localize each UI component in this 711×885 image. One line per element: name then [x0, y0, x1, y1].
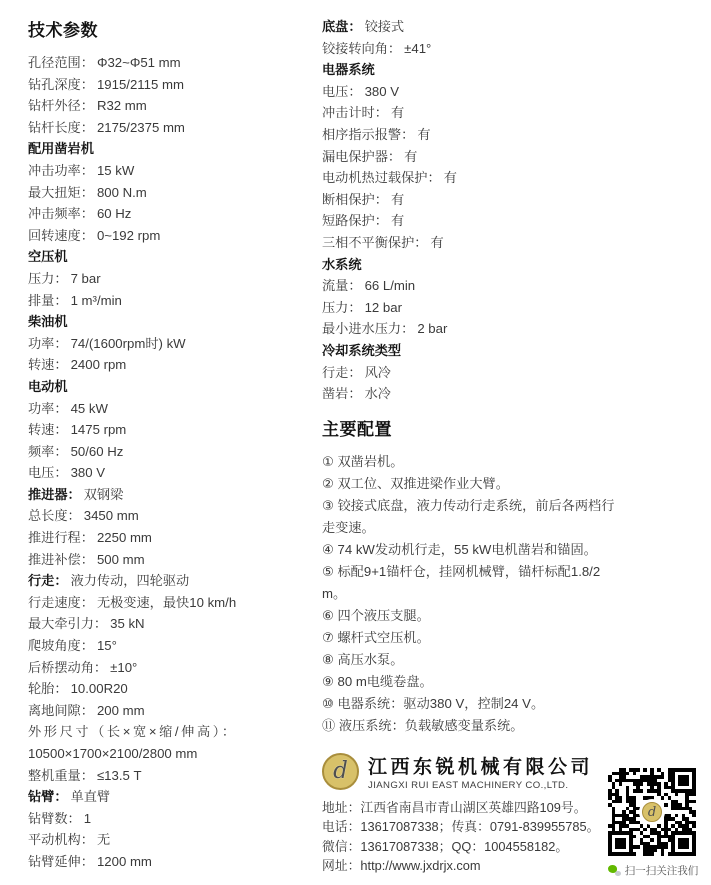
- spec-row: 电压：380 V: [28, 462, 312, 484]
- config-item: ② 双工位、双推进梁作业大臂。: [322, 473, 618, 495]
- spec-value: 74/(1600rpm时) kW: [71, 336, 186, 351]
- spec-row: 电压：380 V: [322, 81, 618, 103]
- contact-phone-fax: 电话：13617087338；传真：0791-839955785。: [322, 817, 618, 836]
- spec-row: 孔径范围：Φ32~Φ51 mm: [28, 52, 312, 74]
- spec-row: 后桥摆动角：±10°: [28, 657, 312, 679]
- wechat-icon: [608, 865, 621, 876]
- spec-row: 短路保护：有: [322, 210, 618, 232]
- qr-caption-text: 扫一扫关注我们: [625, 863, 699, 878]
- spec-value: 50/60 Hz: [71, 444, 124, 459]
- spec-label: 底盘：: [322, 19, 362, 34]
- spec-value: 800 N.m: [97, 185, 147, 200]
- right-column: 底盘：铰接式铰接转向角：±41°电器系统电压：380 V冲击计时：有相序指示报警…: [322, 16, 618, 875]
- spec-value: 380 V: [365, 84, 399, 99]
- spec-value: 10.00R20: [71, 681, 128, 696]
- section-heading: 配用凿岩机: [28, 138, 312, 160]
- qr-caption: 扫一扫关注我们: [608, 863, 698, 878]
- config-item: ⑩ 电器系统：驱动380 V，控制24 V。: [322, 693, 618, 715]
- config-item: ⑥ 四个液压支腿。: [322, 605, 618, 627]
- spec-label: 短路保护：: [322, 213, 388, 228]
- spec-value: 45 kW: [71, 401, 108, 416]
- spec-row: 10500×1700×2100/2800 mm: [28, 743, 312, 765]
- spec-row: 三相不平衡保护：有: [322, 232, 618, 254]
- spec-row: 推进补偿：500 mm: [28, 549, 312, 571]
- spec-label: 最大牵引力：: [28, 616, 107, 631]
- config-item: ⑧ 高压水泵。: [322, 649, 618, 671]
- spec-row: 推进器：双钢梁: [28, 484, 312, 506]
- spec-label: 电压：: [28, 465, 68, 480]
- spec-label: 频率：: [28, 444, 68, 459]
- spec-row: 平动机构：无: [28, 829, 312, 851]
- spec-label: 回转速度：: [28, 228, 94, 243]
- qr-code: d: [608, 768, 696, 856]
- spec-label: 凿岩：: [322, 386, 362, 401]
- spec-label: 钻臂：: [28, 789, 68, 804]
- spec-label: 功率：: [28, 336, 68, 351]
- spec-value: 2175/2375 mm: [97, 120, 185, 135]
- spec-value: 66 L/min: [365, 278, 416, 293]
- spec-value: 单直臂: [71, 789, 111, 804]
- spec-value: 0~192 rpm: [97, 228, 160, 243]
- spec-sheet-page: 技术参数 孔径范围：Φ32~Φ51 mm钻孔深度：1915/2115 mm钻杆外…: [0, 0, 711, 885]
- config-item: ⑪ 液压系统：负载敏感变量系统。: [322, 715, 618, 737]
- spec-label: 冲击计时：: [322, 105, 388, 120]
- spec-row: 轮胎：10.00R20: [28, 678, 312, 700]
- spec-row: 推进行程：2250 mm: [28, 527, 312, 549]
- spec-row: 钻杆长度：2175/2375 mm: [28, 117, 312, 139]
- spec-value: 60 Hz: [97, 206, 131, 221]
- spec-row: 冲击功率：15 kW: [28, 160, 312, 182]
- spec-row: 压力：12 bar: [322, 297, 618, 319]
- spec-label: 钻臂数：: [28, 811, 81, 826]
- config-item: ③ 铰接式底盘，液力传动行走系统，前后各两档行走变速。: [322, 495, 618, 539]
- spec-row: 最小进水压力：2 bar: [322, 318, 618, 340]
- spec-row: 相序指示报警：有: [322, 124, 618, 146]
- spec-row: 功率：45 kW: [28, 398, 312, 420]
- spec-label: 钻臂延伸：: [28, 854, 94, 869]
- spec-row: 底盘：铰接式: [322, 16, 618, 38]
- spec-value: 7 bar: [71, 271, 101, 286]
- spec-row: 回转速度：0~192 rpm: [28, 225, 312, 247]
- section-heading: 电器系统: [322, 59, 618, 81]
- qr-center-logo-icon: d: [642, 802, 662, 822]
- spec-row: 排量：1 m³/min: [28, 290, 312, 312]
- spec-label: 钻孔深度：: [28, 77, 94, 92]
- left-column: 技术参数 孔径范围：Φ32~Φ51 mm钻孔深度：1915/2115 mm钻杆外…: [28, 16, 312, 873]
- company-block: d 江西东锐机械有限公司 JIANGXI RUI EAST MACHINERY …: [322, 752, 618, 791]
- spec-value: 无: [97, 832, 110, 847]
- spec-value: Φ32~Φ51 mm: [97, 55, 181, 70]
- spec-value: 2400 rpm: [71, 357, 127, 372]
- spec-label: 压力：: [28, 271, 68, 286]
- spec-row: 行走：风冷: [322, 362, 618, 384]
- spec-label: 电压：: [322, 84, 362, 99]
- company-name-cn: 江西东锐机械有限公司: [368, 752, 593, 779]
- spec-value: 380 V: [71, 465, 105, 480]
- spec-label: 总长度：: [28, 508, 81, 523]
- spec-label: 转速：: [28, 422, 68, 437]
- spec-value: 1: [84, 811, 91, 826]
- section-heading: 柴油机: [28, 311, 312, 333]
- section-heading: 电动机: [28, 376, 312, 398]
- spec-value: 2 bar: [417, 321, 447, 336]
- spec-value: 200 mm: [97, 703, 145, 718]
- spec-row: 冲击频率：60 Hz: [28, 203, 312, 225]
- spec-label: 爬坡角度：: [28, 638, 94, 653]
- main-config-list: ① 双凿岩机。② 双工位、双推进梁作业大臂。③ 铰接式底盘，液力传动行走系统，前…: [322, 451, 618, 737]
- spec-value: 有: [391, 213, 404, 228]
- spec-label: 流量：: [322, 278, 362, 293]
- spec-row: 流量：66 L/min: [322, 275, 618, 297]
- spec-label: 最小进水压力：: [322, 321, 414, 336]
- config-item: ① 双凿岩机。: [322, 451, 618, 473]
- spec-label: 钻杆长度：: [28, 120, 94, 135]
- company-names: 江西东锐机械有限公司 JIANGXI RUI EAST MACHINERY CO…: [368, 752, 593, 791]
- spec-value: 有: [391, 192, 404, 207]
- spec-row: 功率：74/(1600rpm时) kW: [28, 333, 312, 355]
- spec-label: 推进行程：: [28, 530, 94, 545]
- spec-row: 转速：2400 rpm: [28, 354, 312, 376]
- spec-row: 爬坡角度：15°: [28, 635, 312, 657]
- contact-website: 网址：http://www.jxdrjx.com: [322, 856, 618, 875]
- spec-row: 钻臂延伸：1200 mm: [28, 851, 312, 873]
- spec-row: 电动机热过载保护：有: [322, 167, 618, 189]
- spec-label: 孔径范围：: [28, 55, 94, 70]
- spec-value: 双钢梁: [84, 487, 124, 502]
- spec-label: 后桥摆动角：: [28, 660, 107, 675]
- spec-value: ±10°: [110, 660, 137, 675]
- spec-value: 1 m³/min: [71, 293, 122, 308]
- spec-label: 铰接转向角：: [322, 41, 401, 56]
- company-name-en: JIANGXI RUI EAST MACHINERY CO.,LTD.: [368, 780, 593, 791]
- tech-params-title: 技术参数: [28, 16, 312, 41]
- spec-value: 有: [417, 127, 430, 142]
- spec-row: 行走：液力传动，四轮驱动: [28, 570, 312, 592]
- spec-row: 漏电保护器：有: [322, 146, 618, 168]
- section-heading: 水系统: [322, 254, 618, 276]
- spec-label: 相序指示报警：: [322, 127, 414, 142]
- spec-label: 整机重量：: [28, 768, 94, 783]
- spec-value: 1915/2115 mm: [97, 77, 184, 92]
- config-item: ⑨ 80 m电缆卷盘。: [322, 671, 618, 693]
- spec-value: 有: [404, 149, 417, 164]
- spec-label: 漏电保护器：: [322, 149, 401, 164]
- spec-value: 1200 mm: [97, 854, 152, 869]
- contact-block: 地址：江西省南昌市青山湖区英雄四路109号。 电话：13617087338；传真…: [322, 798, 618, 876]
- spec-label: 离地间隙：: [28, 703, 94, 718]
- spec-row: 外形尺寸（长×宽×缩/伸高）：: [28, 721, 312, 743]
- spec-row: 行走速度：无极变速，最快10 km/h: [28, 592, 312, 614]
- config-item: ④ 74 kW发动机行走，55 kW电机凿岩和锚固。: [322, 539, 618, 561]
- spec-label: 行走：: [322, 365, 362, 380]
- spec-label: 压力：: [322, 300, 362, 315]
- contact-address: 地址：江西省南昌市青山湖区英雄四路109号。: [322, 798, 618, 817]
- spec-value: 35 kN: [110, 616, 144, 631]
- spec-label: 推进补偿：: [28, 552, 94, 567]
- spec-label: 轮胎：: [28, 681, 68, 696]
- tech-params-list: 孔径范围：Φ32~Φ51 mm钻孔深度：1915/2115 mm钻杆外径：R32…: [28, 52, 312, 873]
- spec-value: 水冷: [365, 386, 391, 401]
- spec-value: 风冷: [365, 365, 391, 380]
- spec-row: 钻孔深度：1915/2115 mm: [28, 74, 312, 96]
- section-heading: 空压机: [28, 246, 312, 268]
- spec-row: 压力：7 bar: [28, 268, 312, 290]
- spec-row: 总长度：3450 mm: [28, 505, 312, 527]
- spec-row: 转速：1475 rpm: [28, 419, 312, 441]
- spec-value: 2250 mm: [97, 530, 152, 545]
- spec-label: 断相保护：: [322, 192, 388, 207]
- spec-label: 冲击功率：: [28, 163, 94, 178]
- spec-row: 整机重量：≤13.5 T: [28, 765, 312, 787]
- spec-label: 最大扭矩：: [28, 185, 94, 200]
- spec-value: 15°: [97, 638, 117, 653]
- spec-value: 3450 mm: [84, 508, 139, 523]
- spec-value: 有: [444, 170, 457, 185]
- spec-row: 铰接转向角：±41°: [322, 38, 618, 60]
- spec-row: 最大牵引力：35 kN: [28, 613, 312, 635]
- spec-value: 有: [391, 105, 404, 120]
- spec-value: 无极变速，最快10 km/h: [97, 595, 236, 610]
- spec-row: 冲击计时：有: [322, 102, 618, 124]
- spec-value: 有: [431, 235, 444, 250]
- spec-row: 凿岩：水冷: [322, 383, 618, 405]
- spec-label: 功率：: [28, 401, 68, 416]
- spec-row: 钻臂数：1: [28, 808, 312, 830]
- spec-row: 钻臂：单直臂: [28, 786, 312, 808]
- spec-row: 断相保护：有: [322, 189, 618, 211]
- spec-value: ≤13.5 T: [97, 768, 142, 783]
- spec-row: 频率：50/60 Hz: [28, 441, 312, 463]
- contact-wechat-qq: 微信：13617087338；QQ：1004558182。: [322, 837, 618, 856]
- tech-params-list-continued: 底盘：铰接式铰接转向角：±41°电器系统电压：380 V冲击计时：有相序指示报警…: [322, 16, 618, 405]
- spec-label: 行走速度：: [28, 595, 94, 610]
- spec-label: 行走：: [28, 573, 68, 588]
- spec-value: 500 mm: [97, 552, 145, 567]
- section-heading: 冷却系统类型: [322, 340, 618, 362]
- spec-row: 离地间隙：200 mm: [28, 700, 312, 722]
- spec-label: 平动机构：: [28, 832, 94, 847]
- spec-value: R32 mm: [97, 98, 147, 113]
- spec-row: 钻杆外径：R32 mm: [28, 95, 312, 117]
- spec-label: 冲击频率：: [28, 206, 94, 221]
- spec-value: 液力传动，四轮驱动: [71, 573, 190, 588]
- spec-value: 铰接式: [365, 19, 405, 34]
- spec-label: 排量：: [28, 293, 68, 308]
- spec-value: 12 bar: [365, 300, 402, 315]
- spec-label: 三相不平衡保护：: [322, 235, 428, 250]
- spec-label: 钻杆外径：: [28, 98, 94, 113]
- config-item: ⑤ 标配9+1锚杆仓，挂网机械臂，锚杆标配1.8/2 m。: [322, 561, 618, 605]
- spec-label: 推进器：: [28, 487, 81, 502]
- spec-label: 电动机热过载保护：: [322, 170, 441, 185]
- qr-block: d 扫一扫关注我们: [608, 768, 698, 878]
- spec-row: 最大扭矩：800 N.m: [28, 182, 312, 204]
- spec-value: 15 kW: [97, 163, 134, 178]
- config-item: ⑦ 螺杆式空压机。: [322, 627, 618, 649]
- company-logo-icon: d: [322, 753, 359, 790]
- spec-value: ±41°: [404, 41, 431, 56]
- spec-label: 转速：: [28, 357, 68, 372]
- spec-value: 1475 rpm: [71, 422, 127, 437]
- main-config-title: 主要配置: [322, 415, 618, 440]
